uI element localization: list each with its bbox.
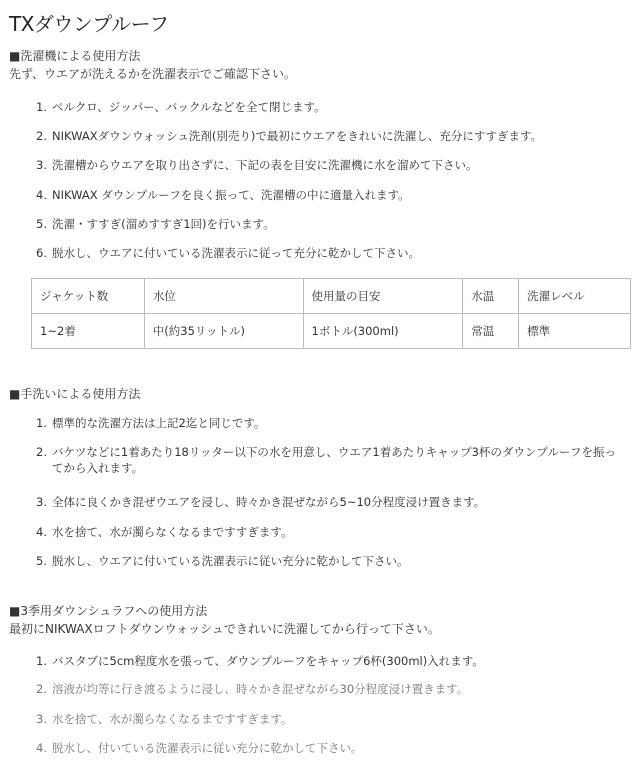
table-header-cell: ジャケット数	[32, 279, 145, 314]
step-text: 全体に良くかき混ぜウエアを浸し、時々かき混ぜながら5~10分程度浸け置きます。	[52, 494, 485, 510]
section-heading-sleeping-bag: ■3季用ダウンシュラフへの使用方法	[9, 603, 207, 619]
table-cell: 1~2着	[32, 314, 145, 349]
step-number: 4.	[36, 187, 52, 203]
step-item: 5.洗濯・すすぎ(溜めすすぎ1回)を行います。	[36, 216, 275, 232]
step-number: 5.	[36, 216, 52, 232]
step-number: 6.	[36, 245, 52, 261]
step-item: 4.NIKWAX ダウンプルーフを良く振って、洗濯槽の中に適量入れます。	[36, 187, 410, 203]
step-item: 6.脱水し、ウエアに付いている洗濯表示に従って充分に乾かして下さい。	[36, 245, 420, 261]
step-item: 1.ベルクロ、ジッパー、バックルなどを全て閉じます。	[36, 99, 326, 115]
step-text: NIKWAXダウンウォッシュ洗剤(別売り)で最初にウエアをきれいに洗濯し、充分に…	[52, 128, 542, 144]
table-header-row: ジャケット数 水位 使用量の目安 水温 洗濯レベル	[32, 279, 631, 314]
table-header-cell: 水温	[463, 279, 519, 314]
step-text: 水を捨て、水が濁らなくなるまですすぎます。	[52, 711, 292, 727]
step-number: 3.	[36, 711, 52, 727]
step-number: 5.	[36, 553, 52, 569]
step-item: 1.標準的な洗濯方法は上記2迄と同じです。	[36, 415, 265, 431]
step-text: 脱水し、ウエアに付いている洗濯表示に従い充分に乾かして下さい。	[52, 553, 409, 569]
step-text: 脱水し、ウエアに付いている洗濯表示に従って充分に乾かして下さい。	[52, 245, 420, 261]
step-number: 2.	[36, 128, 52, 144]
section-intro-sleeping-bag: 最初にNIKWAXロフトダウンウォッシュできれいに洗濯してから行って下さい。	[9, 621, 440, 637]
step-number: 1.	[36, 653, 52, 669]
step-item: 3.洗濯槽からウエアを取り出さずに、下記の表を目安に洗濯機に水を溜めて下さい。	[36, 157, 478, 173]
step-number: 3.	[36, 494, 52, 510]
step-text: 水を捨て、水が濁らなくなるまですすぎます。	[52, 524, 292, 540]
step-item: 3.全体に良くかき混ぜウエアを浸し、時々かき混ぜながら5~10分程度浸け置きます…	[36, 494, 485, 510]
step-number: 3.	[36, 157, 52, 173]
step-number: 2.	[36, 444, 52, 476]
step-number: 4.	[36, 524, 52, 540]
table-cell: 常温	[463, 314, 519, 349]
step-number: 1.	[36, 99, 52, 115]
step-text: バケツなどに1着あたり18リッター以下の水を用意し、ウエア1着あたりキャップ3杯…	[52, 444, 626, 476]
section-intro-washing-machine: 先ず、ウエアが洗えるかを洗濯表示でご確認下さい。	[9, 66, 296, 82]
step-item: 3.水を捨て、水が濁らなくなるまですすぎます。	[36, 711, 292, 727]
step-number: 1.	[36, 415, 52, 431]
section-heading-hand-wash: ■手洗いによる使用方法	[9, 386, 140, 402]
step-item: 4.脱水し、付いている洗濯表示に従い充分に乾かして下さい。	[36, 740, 363, 756]
step-text: 洗濯槽からウエアを取り出さずに、下記の表を目安に洗濯機に水を溜めて下さい。	[52, 157, 478, 173]
step-text: バスタブに5cm程度水を張って、ダウンプルーフをキャップ6杯(300ml)入れま…	[52, 653, 484, 669]
table-cell: 1ボトル(300ml)	[303, 314, 463, 349]
step-item: 1.バスタブに5cm程度水を張って、ダウンプルーフをキャップ6杯(300ml)入…	[36, 653, 484, 669]
step-text: 標準的な洗濯方法は上記2迄と同じです。	[52, 415, 265, 431]
step-text: NIKWAX ダウンプルーフを良く振って、洗濯槽の中に適量入れます。	[52, 187, 410, 203]
section-heading-washing-machine: ■洗濯機による使用方法	[9, 48, 140, 64]
page-title: TXダウンプルーフ	[9, 8, 169, 37]
step-number: 2.	[36, 681, 52, 697]
step-number: 4.	[36, 740, 52, 756]
table-cell: 標準	[519, 314, 631, 349]
step-text: 脱水し、付いている洗濯表示に従い充分に乾かして下さい。	[52, 740, 363, 756]
step-item: 5.脱水し、ウエアに付いている洗濯表示に従い充分に乾かして下さい。	[36, 553, 409, 569]
step-item: 2.溶液が均等に行き渡るように浸し、時々かき混ぜながら30分程度浸け置きます。	[36, 681, 468, 697]
step-item: 4.水を捨て、水が濁らなくなるまですすぎます。	[36, 524, 292, 540]
step-item: 2.バケツなどに1着あたり18リッター以下の水を用意し、ウエア1着あたりキャップ…	[36, 444, 626, 476]
step-item: 2.NIKWAXダウンウォッシュ洗剤(別売り)で最初にウエアをきれいに洗濯し、充…	[36, 128, 542, 144]
step-text: ベルクロ、ジッパー、バックルなどを全て閉じます。	[52, 99, 326, 115]
step-text: 洗濯・すすぎ(溜めすすぎ1回)を行います。	[52, 216, 275, 232]
step-text: 溶液が均等に行き渡るように浸し、時々かき混ぜながら30分程度浸け置きます。	[52, 681, 468, 697]
table-header-cell: 水位	[144, 279, 303, 314]
table-header-cell: 使用量の目安	[303, 279, 463, 314]
table-header-cell: 洗濯レベル	[519, 279, 631, 314]
water-level-table: ジャケット数 水位 使用量の目安 水温 洗濯レベル 1~2着 中(約35リットル…	[31, 278, 631, 349]
table-row: 1~2着 中(約35リットル) 1ボトル(300ml) 常温 標準	[32, 314, 631, 349]
table-cell: 中(約35リットル)	[144, 314, 303, 349]
